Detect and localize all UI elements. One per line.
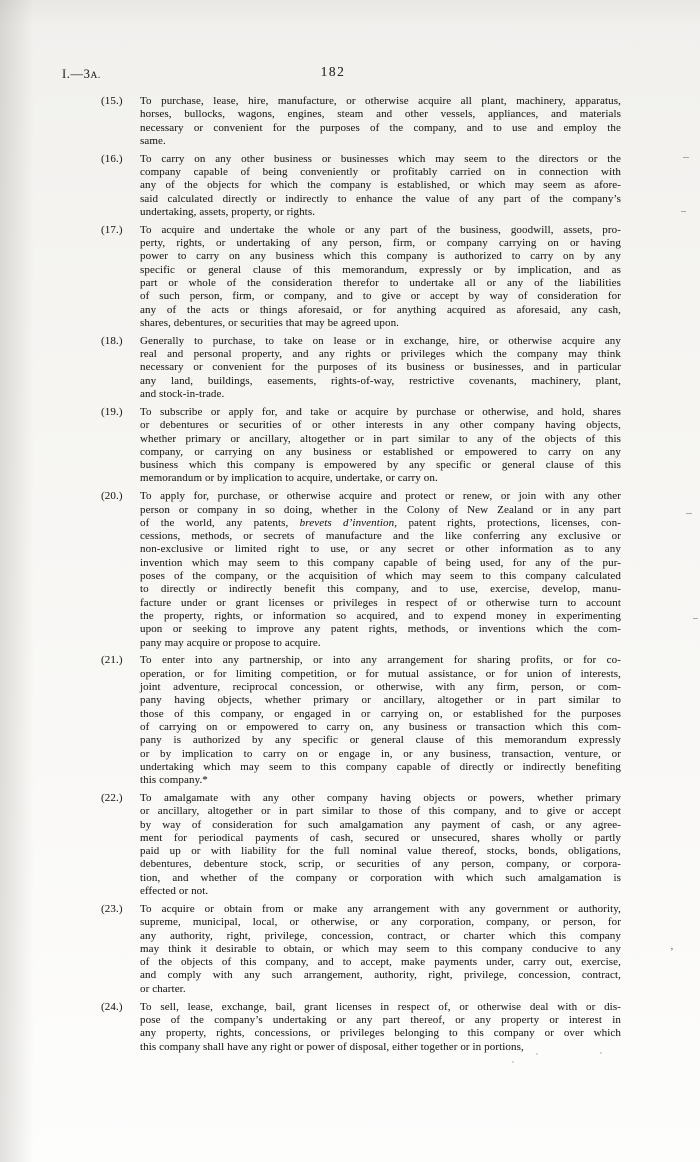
clause-line: tion, and whether of the company or corp…	[140, 872, 621, 885]
clause-line: any of the objects for which the company…	[140, 179, 621, 192]
clause-line: pany is authorized by any specific or ge…	[140, 734, 621, 747]
clause-body: To purchase, lease, hire, manufacture, o…	[140, 95, 621, 148]
clause-body: To apply for, purchase, or otherwise acq…	[140, 490, 621, 650]
clause-line: To purchase, lease, hire, manufacture, o…	[140, 95, 621, 108]
clause-line: necessary or convenient for the purposes…	[140, 122, 621, 135]
clause-line: pany having objects, whether primary or …	[140, 694, 621, 707]
clause-line: of carrying on or empowered to carry on,…	[140, 721, 621, 734]
clause-body: To acquire or obtain from or make any ar…	[140, 903, 621, 996]
clause-line: perty, rights, or undertaking of any per…	[140, 237, 621, 250]
margin-dash	[683, 157, 689, 158]
clause-line: To enter into any partnership, or into a…	[140, 654, 621, 667]
clause-line: To carry on any other business or busine…	[140, 153, 621, 166]
clause-line: person or company in so doing, whether i…	[140, 504, 621, 517]
clause-line: of the objects of this company, and to a…	[140, 956, 621, 969]
clause-line: undertaking, assets, property, or rights…	[140, 206, 621, 219]
clause-line: To acquire and undertake the whole or an…	[140, 224, 621, 237]
clause-line: those of this company, or engaged in or …	[140, 708, 621, 721]
margin-dash	[693, 618, 698, 619]
clause-line: ment for periodical payments of cash, se…	[140, 832, 621, 845]
clause-line: shares, debentures, or securities that m…	[140, 317, 621, 330]
clause-line: or debentures or securities of or other …	[140, 419, 621, 432]
clause-line: real and personal property, and any righ…	[140, 348, 621, 361]
clause-line: undertaking which may seem to this compa…	[140, 761, 621, 774]
clause-line: To acquire or obtain from or make any ar…	[140, 903, 621, 916]
clause-line: or charter.	[140, 983, 621, 996]
margin-speck: ’	[670, 946, 674, 958]
clause-line: debentures, debenture stock, scrip, or s…	[140, 858, 621, 871]
clause-line: said calculated directly or indirectly t…	[140, 193, 621, 206]
clause-line: the property, rights, or information so …	[140, 610, 621, 623]
clause: (18.)Generally to purchase, to take on l…	[101, 335, 621, 401]
italic-phrase: brevets d’invention	[300, 517, 395, 529]
clause-line: facture under or grant licenses or privi…	[140, 597, 621, 610]
clause-number: (18.)	[101, 335, 140, 401]
clause-line: business which this company is empowered…	[140, 459, 621, 472]
clause-number: (23.)	[101, 903, 140, 996]
clause-line: or by implication to carry on or engage …	[140, 748, 621, 761]
clause-line: non-exclusive or limited right to use, o…	[140, 543, 621, 556]
clause-line: any of the acts or things aforesaid, or …	[140, 304, 621, 317]
clause-line: Generally to purchase, to take on lease …	[140, 335, 621, 348]
clause-line: or ancillary, altogether or in part simi…	[140, 805, 621, 818]
text-segment: , patent rights, protections, licenses, …	[394, 517, 621, 529]
clause-number: (17.)	[101, 224, 140, 330]
clause-body: To enter into any partnership, or into a…	[140, 654, 621, 787]
clause-number: (20.)	[101, 490, 140, 650]
paper-speck	[536, 1053, 538, 1055]
clause-line: paid up or with liability for the full n…	[140, 845, 621, 858]
clause-line: any property, rights, concessions, or pr…	[140, 1027, 621, 1040]
text-segment: of the world, any patents,	[140, 517, 300, 529]
clause-line: To subscribe or apply for, and take or a…	[140, 406, 621, 419]
clause: (23.)To acquire or obtain from or make a…	[101, 903, 621, 996]
clause-line: horses, bullocks, wagons, engines, steam…	[140, 108, 621, 121]
clause-number: (16.)	[101, 153, 140, 219]
clause-line: effected or not.	[140, 885, 621, 898]
clause-body: To carry on any other business or busine…	[140, 153, 621, 219]
paper-speck	[600, 1052, 602, 1054]
clause-number: (22.)	[101, 792, 140, 898]
clause-line: may think it desirable to obtain, or whi…	[140, 943, 621, 956]
clause-line: invention which may seem to this company…	[140, 557, 621, 570]
clause-line: and stock-in-trade.	[140, 388, 621, 401]
clause-line: specific or general clause of this memor…	[140, 264, 621, 277]
clause-line: joint adventure, reciprocal concession, …	[140, 681, 621, 694]
clause-body: To sell, lease, exchange, bail, grant li…	[140, 1001, 621, 1054]
clause-line: supreme, municipal, local, or otherwise,…	[140, 916, 621, 929]
clause-line: memorandum or by implication to acquire,…	[140, 472, 621, 485]
clause: (16.)To carry on any other business or b…	[101, 153, 621, 219]
clause-line: pany may acquire or propose to acquire.	[140, 637, 621, 650]
clause: (19.)To subscribe or apply for, and take…	[101, 406, 621, 486]
clause-number: (15.)	[101, 95, 140, 148]
clause-line: cessions, methods, or secrets of manufac…	[140, 530, 621, 543]
clause-body: To amalgamate with any other company hav…	[140, 792, 621, 898]
clause: (15.)To purchase, lease, hire, manufactu…	[101, 95, 621, 148]
clause-line: of the world, any patents, brevets d’inv…	[140, 517, 621, 530]
clause: (22.)To amalgamate with any other compan…	[101, 792, 621, 898]
clause-line: whether primary or ancillary, altogether…	[140, 433, 621, 446]
clause-number: (19.)	[101, 406, 140, 486]
clause-line: upon or seeking to improve any patent ri…	[140, 623, 621, 636]
clause-body: To subscribe or apply for, and take or a…	[140, 406, 621, 486]
page-number: 182	[0, 64, 666, 80]
clause-line: any land, buildings, easements, rights-o…	[140, 375, 621, 388]
clause-line: part or whole of the consideration there…	[140, 277, 621, 290]
clause: (20.)To apply for, purchase, or otherwis…	[101, 490, 621, 650]
clause-line: To amalgamate with any other company hav…	[140, 792, 621, 805]
clause-line: To sell, lease, exchange, bail, grant li…	[140, 1001, 621, 1014]
clause: (21.)To enter into any partnership, or i…	[101, 654, 621, 787]
margin-dash	[681, 211, 686, 212]
clause-line: power to carry on any business which thi…	[140, 250, 621, 263]
clause-number: (24.)	[101, 1001, 140, 1054]
clause-list: (15.)To purchase, lease, hire, manufactu…	[101, 95, 621, 1058]
clause-line: pose of the company’s undertaking or any…	[140, 1014, 621, 1027]
clause-line: and comply with any such arrangement, au…	[140, 969, 621, 982]
document-page: I.—3A. 182 (15.)To purchase, lease, hire…	[0, 0, 700, 1162]
clause-line: operation, or for limiting competition, …	[140, 668, 621, 681]
clause-number: (21.)	[101, 654, 140, 787]
clause: (17.)To acquire and undertake the whole …	[101, 224, 621, 330]
clause-line: this company.*	[140, 774, 621, 787]
paper-speck	[512, 1061, 514, 1063]
clause-body: Generally to purchase, to take on lease …	[140, 335, 621, 401]
clause-line: to directly or indirectly benefit this c…	[140, 583, 621, 596]
clause: (24.)To sell, lease, exchange, bail, gra…	[101, 1001, 621, 1054]
clause-body: To acquire and undertake the whole or an…	[140, 224, 621, 330]
margin-dash	[686, 513, 692, 514]
clause-line: company capable of being conveniently or…	[140, 166, 621, 179]
clause-line: this company shall have any right or pow…	[140, 1041, 621, 1054]
clause-line: by way of consideration for such amalgam…	[140, 819, 621, 832]
clause-line: necessary or convenient for the purposes…	[140, 361, 621, 374]
clause-line: To apply for, purchase, or otherwise acq…	[140, 490, 621, 503]
clause-line: same.	[140, 135, 621, 148]
clause-line: of such person, firm, or company, and to…	[140, 290, 621, 303]
clause-line: poses of the company, or the acquisition…	[140, 570, 621, 583]
clause-line: any authority, right, privilege, concess…	[140, 930, 621, 943]
clause-line: company, or carrying on any business or …	[140, 446, 621, 459]
